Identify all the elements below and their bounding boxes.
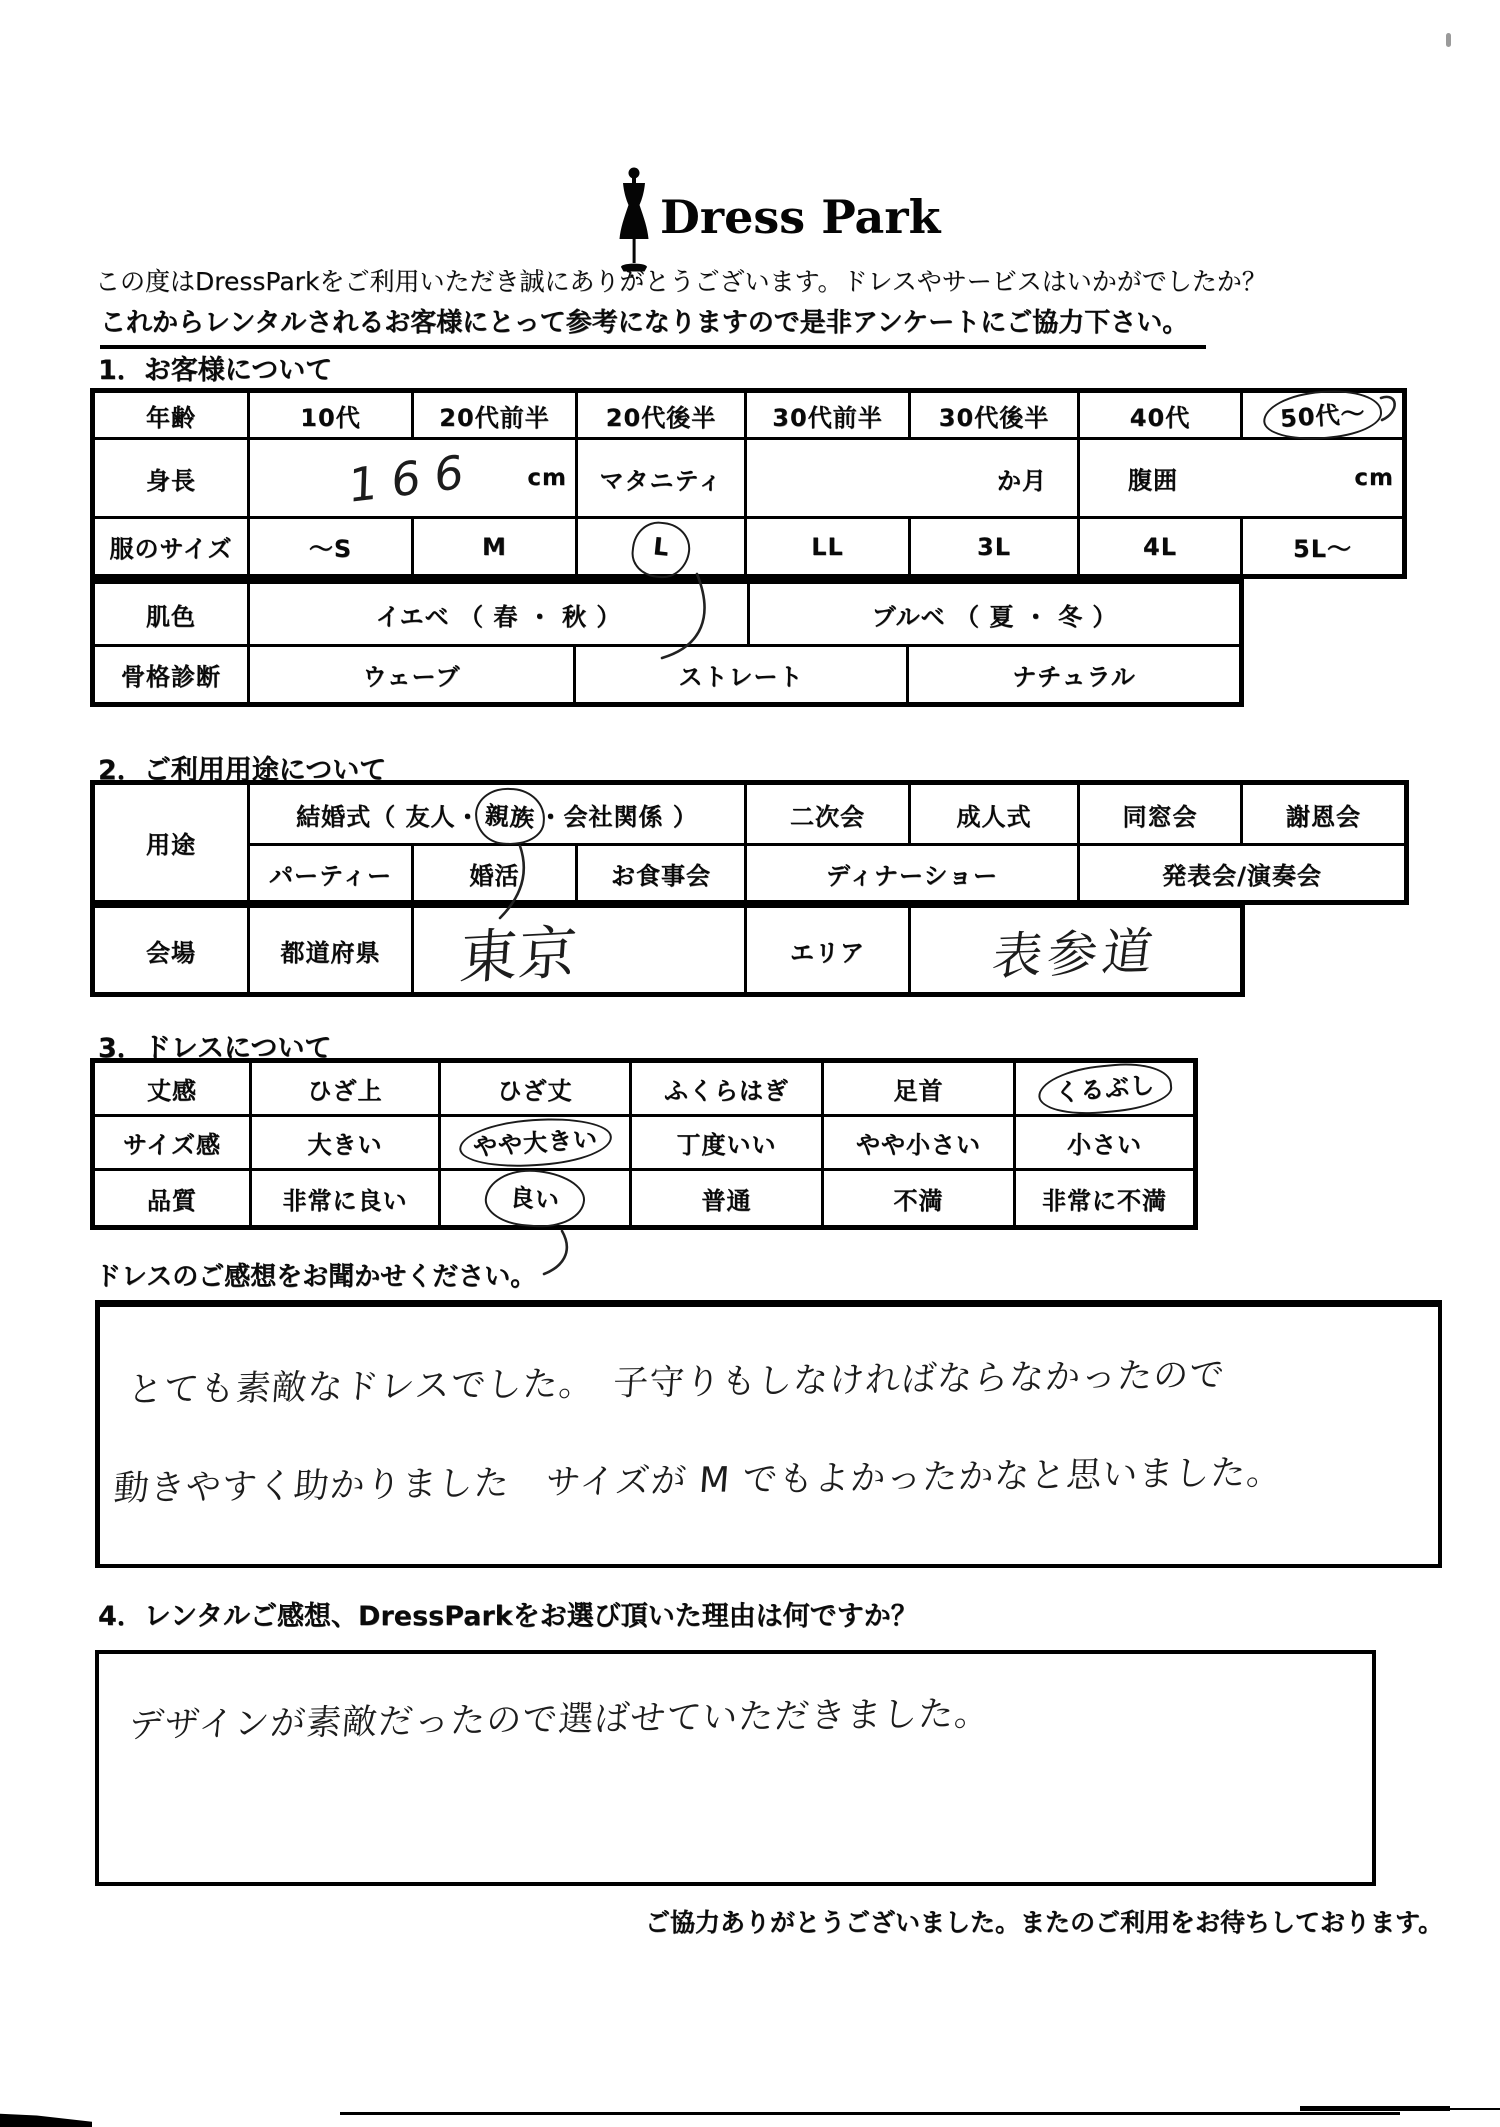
size-option: LL bbox=[746, 518, 910, 577]
area-label: エリア bbox=[746, 906, 910, 995]
size-option: M bbox=[413, 518, 577, 577]
usage-option: 謝恩会 bbox=[1242, 783, 1407, 845]
fit-option: 丁度いい bbox=[631, 1116, 823, 1170]
age-option: 10代 bbox=[249, 391, 413, 439]
height-row: 身長 166 cm マタニティ か月 腹囲 cm bbox=[93, 439, 1405, 518]
waist-unit: cm bbox=[1354, 465, 1394, 491]
height-label: 身長 bbox=[93, 439, 249, 518]
age-option: 20代後半 bbox=[577, 391, 746, 439]
usage-option: 同窓会 bbox=[1079, 783, 1242, 845]
length-label: 丈感 bbox=[93, 1061, 251, 1116]
skin-row: 肌色 イエベ （ 春 ・ 秋 ） ブルベ （ 夏 ・ 冬 ） bbox=[93, 582, 1242, 646]
circle-annotation-good: 良い bbox=[483, 1166, 587, 1230]
survey-form-page: Dress Park この度はDressParkをご利用いただき誠にありがとうご… bbox=[0, 0, 1500, 2127]
usage-option: 二次会 bbox=[746, 783, 910, 845]
circle-annotation-age: 50代～ bbox=[1261, 387, 1383, 443]
quality-option: 非常に不満 bbox=[1015, 1170, 1196, 1228]
size-option: 4L bbox=[1079, 518, 1242, 577]
usage-option: 発表会/演奏会 bbox=[1079, 845, 1407, 903]
venue-row: 会場 都道府県 東京 エリア 表参道 bbox=[93, 906, 1243, 995]
customer-table-bottom: 肌色 イエベ （ 春 ・ 秋 ） ブルベ （ 夏 ・ 冬 ） 骨格診断 ウェーブ… bbox=[90, 579, 1244, 707]
quality-option: 不満 bbox=[823, 1170, 1015, 1228]
months-label: か月 bbox=[746, 439, 1079, 518]
size-row: 服のサイズ ～S M L LL 3L 4L 5L～ bbox=[93, 518, 1405, 577]
customer-table-top: 年齢 10代 20代前半 20代後半 30代前半 30代後半 40代 50代～ … bbox=[90, 388, 1407, 579]
quality-label: 品質 bbox=[93, 1170, 251, 1228]
fit-option: 小さい bbox=[1015, 1116, 1196, 1170]
skin-option: ブルベ （ 夏 ・ 冬 ） bbox=[749, 582, 1242, 646]
quality-option: 普通 bbox=[631, 1170, 823, 1228]
usage-option: 婚活 bbox=[413, 845, 577, 903]
skeleton-row: 骨格診断 ウェーブ ストレート ナチュラル bbox=[93, 646, 1242, 705]
usage-label: 用途 bbox=[93, 783, 249, 903]
fit-option: やや小さい bbox=[823, 1116, 1015, 1170]
usage-option: お食事会 bbox=[577, 845, 746, 903]
length-row: 丈感 ひざ上 ひざ丈 ふくらはぎ 足首 くるぶし bbox=[93, 1061, 1196, 1116]
quality-option-selected: 良い bbox=[440, 1170, 631, 1228]
age-row: 年齢 10代 20代前半 20代後半 30代前半 30代後半 40代 50代～ bbox=[93, 391, 1405, 439]
handwritten-comment-line1: とても素敵なドレスでした。 子守りもしなければならなかったので bbox=[126, 1347, 1227, 1412]
fit-option: 大きい bbox=[251, 1116, 440, 1170]
usage-row2: パーティー 婚活 お食事会 ディナーショー 発表会/演奏会 bbox=[93, 845, 1407, 903]
section1-heading: 1．お客様について bbox=[98, 348, 332, 387]
prefecture-value-cell: 東京 bbox=[413, 906, 746, 995]
handwritten-comment-line2: 動きやすく助かりました サイズが M でもよかったかなと思いました。 bbox=[112, 1445, 1284, 1511]
venue-table: 会場 都道府県 東京 エリア 表参道 bbox=[90, 903, 1245, 997]
handwritten-reason: デザインが素敵だったので選ばせていただきました。 bbox=[127, 1686, 992, 1748]
size-option: 3L bbox=[910, 518, 1079, 577]
skeleton-label: 骨格診断 bbox=[93, 646, 249, 705]
usage-option: 成人式 bbox=[910, 783, 1079, 845]
circle-annotation-slightly-big: やや大きい bbox=[457, 1114, 613, 1172]
usage-row1: 用途 結婚式（ 友人・親族・会社関係 ） 二次会 成人式 同窓会 謝恩会 bbox=[93, 783, 1407, 845]
skeleton-option: ナチュラル bbox=[908, 646, 1242, 705]
scan-artifact-line bbox=[340, 2112, 1400, 2115]
height-unit: cm bbox=[527, 465, 567, 491]
usage-option: パーティー bbox=[249, 845, 413, 903]
size-option: ～S bbox=[249, 518, 413, 577]
skeleton-option: ウェーブ bbox=[249, 646, 575, 705]
length-option: 足首 bbox=[823, 1061, 1015, 1116]
dress-comment-prompt: ドレスのご感想をお聞かせください。 bbox=[95, 1256, 536, 1293]
dress-comment-box: とても素敵なドレスでした。 子守りもしなければならなかったので 動きやすく助かり… bbox=[95, 1300, 1442, 1568]
length-option: ひざ丈 bbox=[440, 1061, 631, 1116]
circle-annotation-relatives: 親族 bbox=[473, 785, 547, 847]
fit-row: サイズ感 大きい やや大きい 丁度いい やや小さい 小さい bbox=[93, 1116, 1196, 1170]
intro-underlined-text: これからレンタルされるお客様にとって参考になりますので是非アンケートにご協力下さ… bbox=[100, 302, 1206, 349]
age-label: 年齢 bbox=[93, 391, 249, 439]
size-option-selected: L bbox=[577, 518, 746, 577]
age-option-selected: 50代～ bbox=[1242, 391, 1405, 439]
fit-label: サイズ感 bbox=[93, 1116, 251, 1170]
area-value-cell: 表参道 bbox=[910, 906, 1243, 995]
reason-comment-box: デザインが素敵だったので選ばせていただきました。 bbox=[95, 1650, 1376, 1886]
usage-wedding-cell: 結婚式（ 友人・親族・会社関係 ） bbox=[249, 783, 746, 845]
maternity-label: マタニティ bbox=[577, 439, 746, 518]
stroke-tail-good bbox=[544, 1231, 567, 1274]
age-option: 30代前半 bbox=[746, 391, 910, 439]
quality-option: 非常に良い bbox=[251, 1170, 440, 1228]
age-option: 30代後半 bbox=[910, 391, 1079, 439]
intro-text: この度はDressParkをご利用いただき誠にありがとうございます。ドレスやサー… bbox=[95, 262, 1267, 298]
handwritten-prefecture: 東京 bbox=[457, 905, 581, 996]
circle-annotation-size-l: L bbox=[629, 519, 693, 581]
height-value-cell: 166 cm bbox=[249, 439, 577, 518]
circle-annotation-ankle: くるぶし bbox=[1036, 1059, 1174, 1118]
length-option: ふくらはぎ bbox=[631, 1061, 823, 1116]
size-option: 5L～ bbox=[1242, 518, 1405, 577]
dress-table: 丈感 ひざ上 ひざ丈 ふくらはぎ 足首 くるぶし サイズ感 大きい やや大きい … bbox=[90, 1058, 1198, 1230]
skin-option: イエベ （ 春 ・ 秋 ） bbox=[249, 582, 749, 646]
scan-artifact-dot bbox=[1446, 33, 1451, 47]
usage-option: ディナーショー bbox=[746, 845, 1079, 903]
length-option: ひざ上 bbox=[251, 1061, 440, 1116]
size-label: 服のサイズ bbox=[93, 518, 249, 577]
fit-option-selected: やや大きい bbox=[440, 1116, 631, 1170]
section4-heading: 4．レンタルご感想、DressParkをお選び頂いた理由は何ですか？ bbox=[98, 1594, 918, 1633]
quality-row: 品質 非常に良い 良い 普通 不満 非常に不満 bbox=[93, 1170, 1196, 1228]
age-option: 40代 bbox=[1079, 391, 1242, 439]
logo-text: Dress Park bbox=[660, 190, 940, 244]
skin-label: 肌色 bbox=[93, 582, 249, 646]
age-option: 20代前半 bbox=[413, 391, 577, 439]
scan-artifact-blob bbox=[0, 2103, 92, 2127]
closing-text: ご協力ありがとうございました。またのご利用をお待ちしております。 bbox=[645, 1903, 1443, 1939]
scan-artifact-line bbox=[1442, 2108, 1500, 2110]
handwritten-area: 表参道 bbox=[989, 911, 1163, 989]
length-option-selected: くるぶし bbox=[1015, 1061, 1196, 1116]
skeleton-option: ストレート bbox=[575, 646, 908, 705]
scan-artifact-line bbox=[1300, 2106, 1450, 2111]
waist-label: 腹囲 bbox=[1128, 461, 1178, 496]
handwritten-height: 166 bbox=[347, 443, 478, 513]
usage-table: 用途 結婚式（ 友人・親族・会社関係 ） 二次会 成人式 同窓会 謝恩会 パーテ… bbox=[90, 780, 1409, 905]
venue-label: 会場 bbox=[93, 906, 249, 995]
prefecture-label: 都道府県 bbox=[249, 906, 413, 995]
waist-cell: 腹囲 cm bbox=[1079, 439, 1405, 518]
